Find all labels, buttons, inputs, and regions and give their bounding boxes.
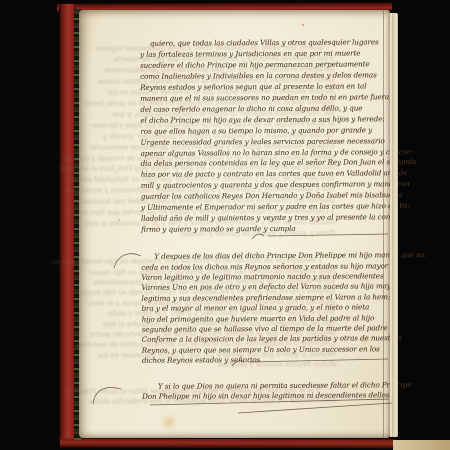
book-cover-bottom-edge: [60, 439, 396, 449]
manuscript-page: quiero, que todas las ciudades Villas y …: [79, 10, 390, 438]
manuscript-line: Don Phelippe mi hijo sin dexar hijos leg…: [142, 390, 396, 402]
manuscript-line: Urgente necessidad grandes y leales serv…: [140, 136, 394, 149]
paragraph-2: Y despues de los dias del dicho Principe…: [141, 250, 396, 366]
paragraph-3: Y si lo que Dios no quiera ni permita su…: [142, 380, 396, 402]
page-fore-edge: [390, 13, 398, 437]
text-block: quiero, que todas las ciudades Villas y …: [140, 37, 396, 402]
manuscript-line: firmo y quiero y mando se guarde y cumpl…: [141, 223, 395, 236]
paragraph-1: quiero, que todas las ciudades Villas y …: [140, 37, 395, 236]
manuscript-line: Reynos, y quiero que sea siempre Un solo…: [142, 344, 396, 356]
table-surface: [393, 440, 450, 450]
manuscript-photo: quiero, que todas las ciudades Villas y …: [0, 0, 450, 450]
manuscript-line: lladolid año de mill y quinientos y veyn…: [141, 212, 395, 225]
manuscript-line: dichos Reynos estados y señorios: [142, 354, 396, 366]
